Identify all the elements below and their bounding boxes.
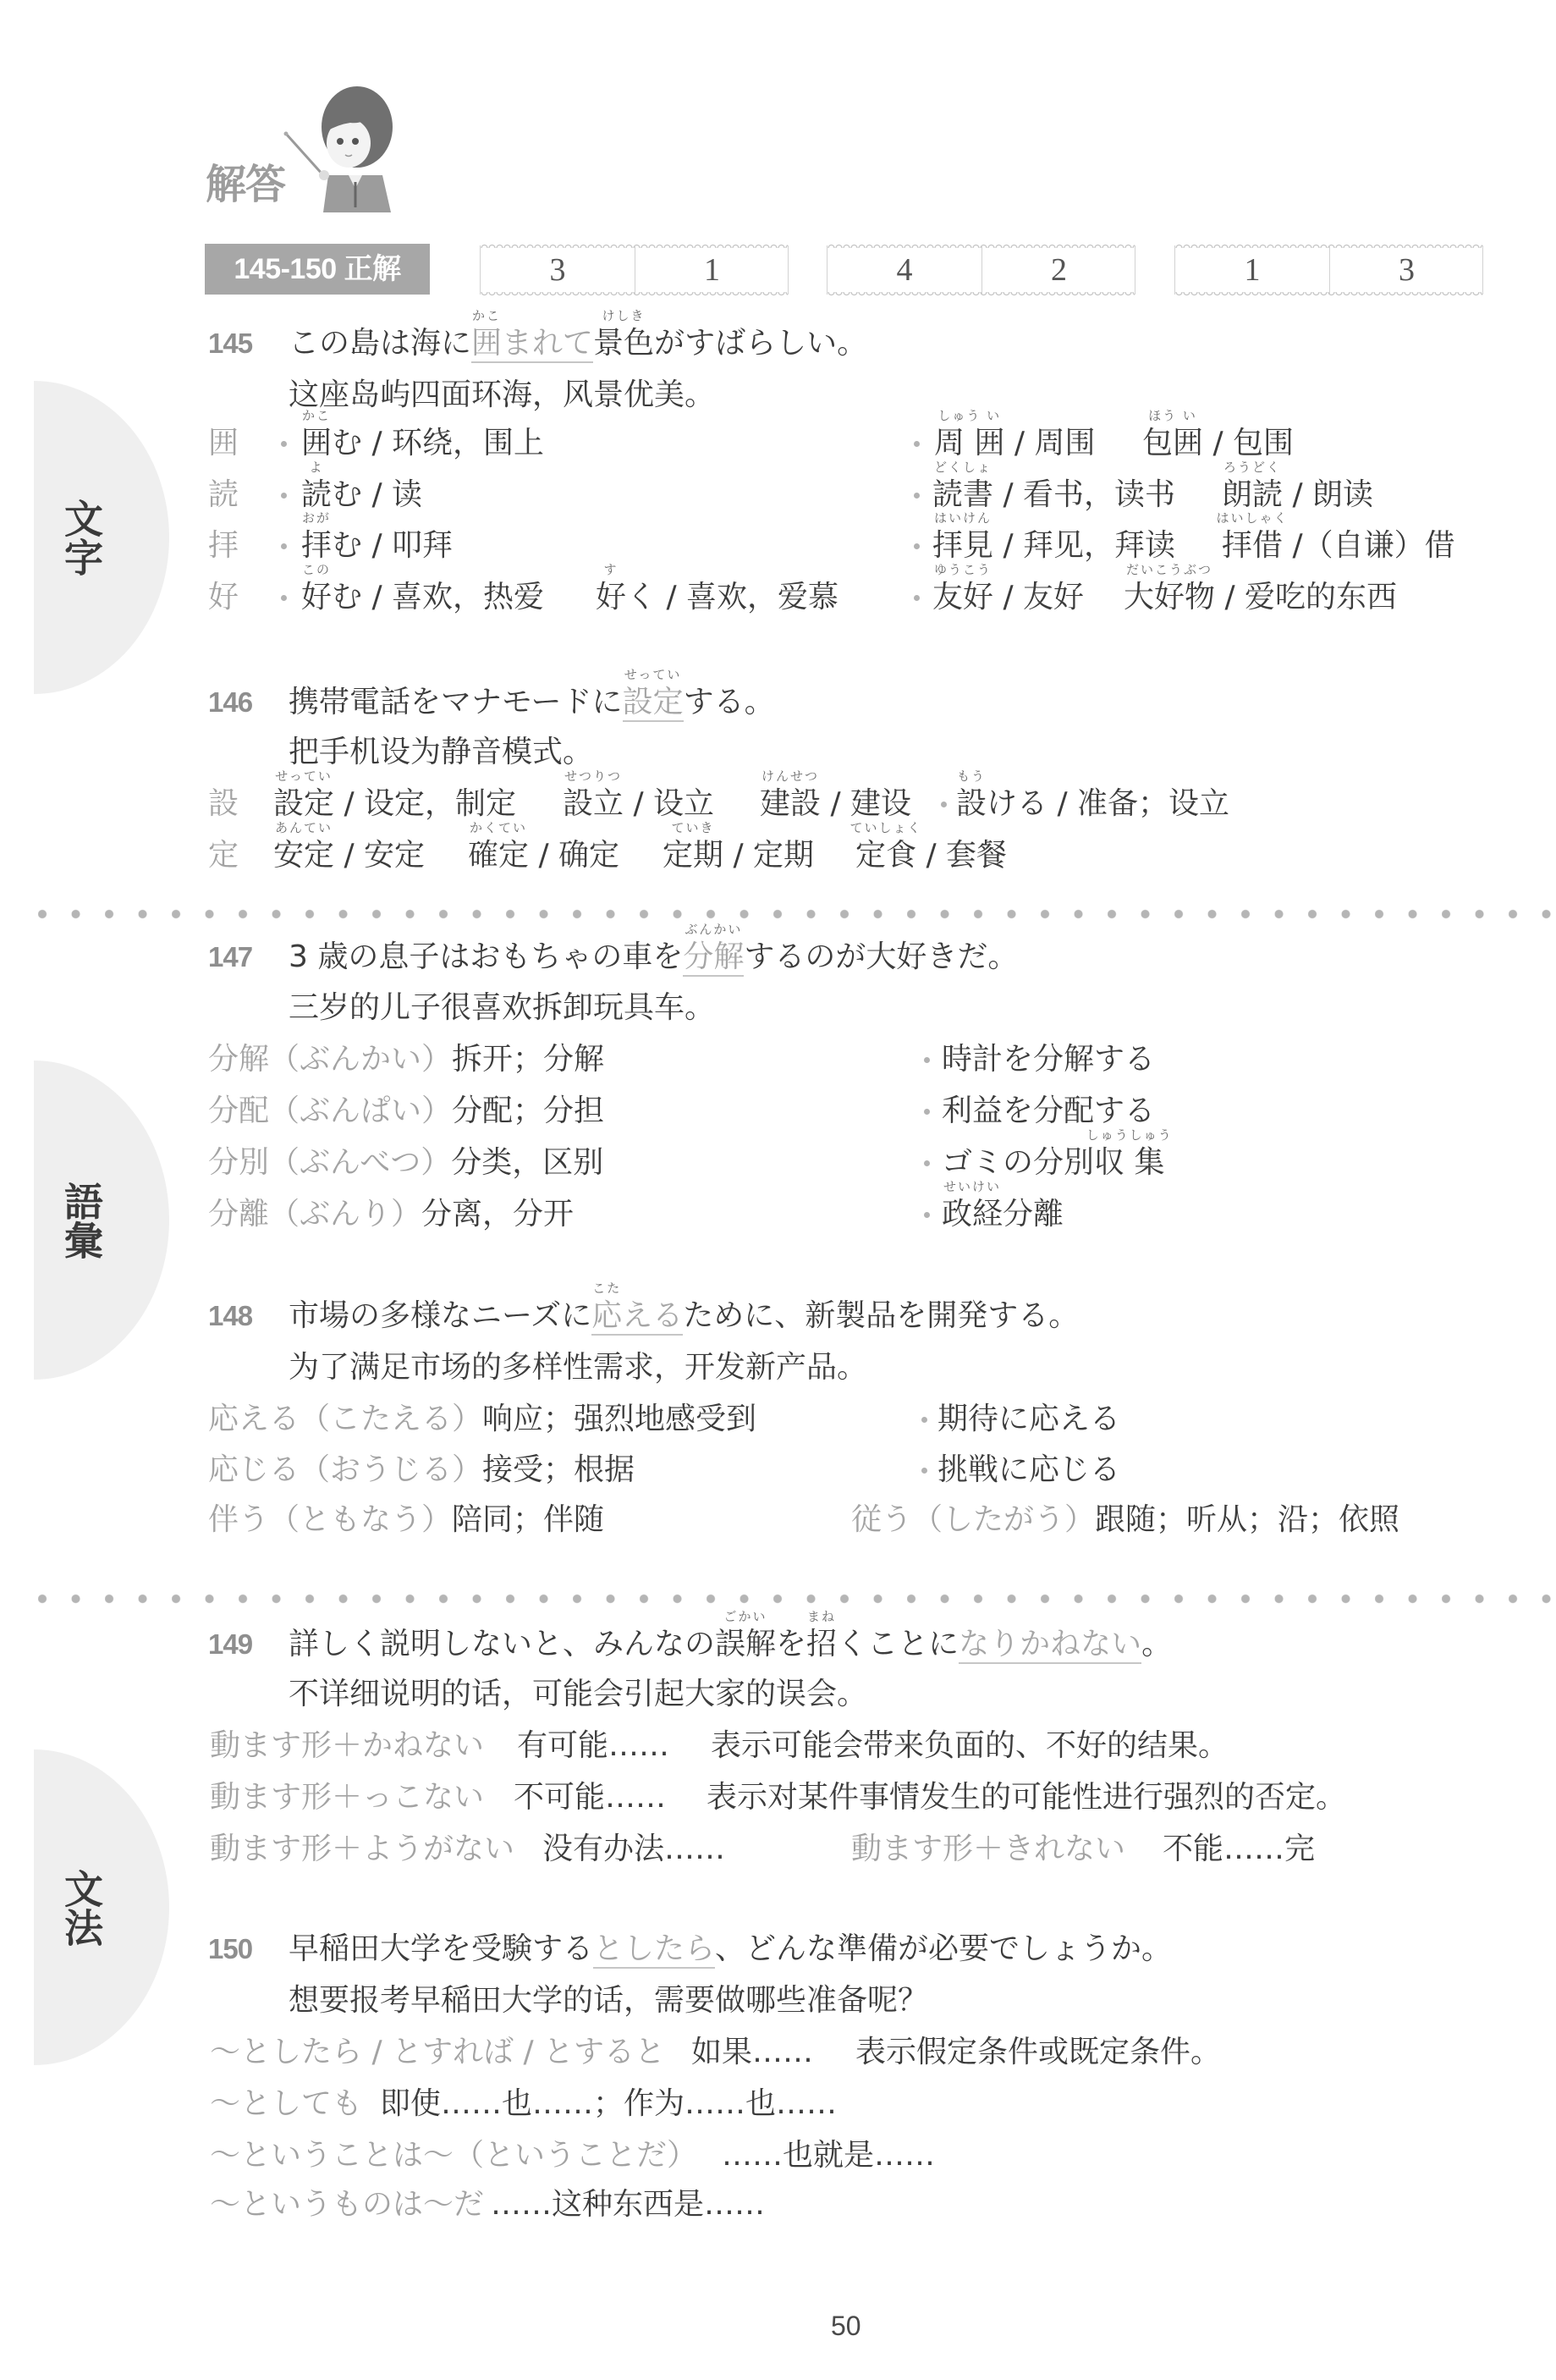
question-145-translation: 这座岛屿四面环海，风景优美。 — [0, 378, 1556, 412]
grammar-row: 動ます形＋かねない 有可能…… 表示可能会带来负面的、不好的结果。 — [0, 1729, 1556, 1763]
bullet-icon — [921, 1417, 927, 1423]
question-150-sentence: 150早稲田大学を受験するとしたら、どんな準備が必要でしょうか。 — [0, 1932, 1556, 1966]
kanji-row: 囲 囲かこむ / 环绕，围上 周 囲しゅう い / 周围 包囲ほう い / 包围 — [0, 427, 1556, 460]
grammar-meaning: ……这种东西是…… — [491, 2188, 765, 2222]
sentence: 145この島は海に囲かこまれて景色けしきがすばらしい。 — [208, 327, 867, 361]
ruby: 読書どくしょ — [932, 478, 993, 512]
ruby-text: しゅうしゅう — [1069, 1128, 1190, 1142]
bullet-icon — [914, 493, 920, 499]
vocab-word: 応える — [208, 1402, 300, 1436]
vocab-row: 分配（ぶんぱい）分配；分担 利益を分配する — [0, 1094, 1556, 1128]
ruby: 設定せってい — [273, 787, 334, 821]
sentence-text: 携帯電話をマナモードに — [289, 685, 623, 719]
target-rest: まれて — [502, 326, 593, 361]
question-number: 147 — [208, 940, 289, 974]
vocab-item: 好このむ / 喜欢，热爱 — [301, 581, 544, 614]
ruby-text: よ — [276, 460, 357, 474]
sentence: 1473 歳の息子はおもちゃの車を分解ぶんかいするのが大好きだ。 — [208, 940, 1018, 974]
sentence: 148市場の多様なニーズに応こたえるために、新製品を開発する。 — [208, 1299, 1079, 1333]
example-text: 分離 — [1003, 1197, 1064, 1231]
sentence-text: 詳しく説明しないと、みんなの — [289, 1627, 715, 1661]
ruby: 収 集しゅうしゅう — [1094, 1146, 1164, 1180]
vocab-entry: 分配（ぶんぱい）分配；分担 — [208, 1094, 604, 1128]
ruby-base: 確定 — [468, 838, 529, 873]
translation: 为了满足市场的多样性需求，开发新产品。 — [289, 1351, 867, 1385]
vocab-row: 分別（ぶんべつ）分类，区别 ゴミの分別収 集しゅうしゅう — [0, 1146, 1556, 1180]
question-number: 145 — [208, 327, 289, 361]
ruby-base: 招 — [806, 1627, 837, 1661]
vocab-meaning: 陪同；伴随 — [452, 1502, 604, 1537]
bullet-icon — [281, 595, 287, 601]
vocab-rest: む / 环绕，围上 — [332, 426, 544, 460]
ruby: 定期ていき — [663, 839, 723, 873]
translation: 这座岛屿四面环海，风景优美。 — [289, 378, 715, 412]
ruby-base: 設 — [956, 786, 987, 821]
ruby-text: かこ — [276, 409, 357, 422]
question-148-sentence: 148市場の多様なニーズに応こたえるために、新製品を開発する。 — [0, 1299, 1556, 1333]
ruby: 周 囲しゅう い — [934, 427, 1004, 460]
vocab-reading: （ぶんり） — [269, 1197, 421, 1231]
example-phrase: 政経せいけい分離 — [942, 1198, 1064, 1231]
ruby-base: 好 — [596, 580, 626, 614]
sentence: 146携帯電話をマナモードに設定せっていする。 — [208, 686, 775, 719]
ruby: 政経せいけい — [942, 1198, 1003, 1231]
vocab-word: 分解 — [208, 1042, 269, 1077]
vocab-rest: / 定期 — [723, 838, 814, 873]
vocab-rest: ける / 准备；设立 — [987, 786, 1229, 821]
grammar-pattern: 〜というものは〜だ — [210, 2188, 484, 2222]
sentence-text: 。 — [1141, 1627, 1172, 1661]
ruby-base: 誤解 — [715, 1627, 776, 1661]
ruby: 確定かくてい — [468, 839, 529, 873]
ruby-base: 設定 — [623, 685, 684, 719]
target-word: 応こたえる — [591, 1298, 683, 1336]
vocab-rest: / 看书，读书 — [993, 477, 1175, 512]
ruby-base: 安定 — [273, 838, 334, 873]
example-phrase: 利益を分配する — [942, 1094, 1155, 1128]
kanji-head: 読 — [208, 478, 239, 512]
example-text: ゴミの分別 — [942, 1145, 1094, 1180]
ruby-base: 囲 — [301, 426, 332, 460]
vocab-entry: 応える（こたえる）响应；强烈地感受到 — [208, 1402, 756, 1436]
ruby-text: どくしょ — [907, 460, 1019, 474]
sentence-text: を — [776, 1627, 806, 1661]
translation: 想要报考早稲田大学的话，需要做哪些准备呢？ — [289, 1984, 928, 2018]
ruby: 誤解ごかい — [715, 1628, 776, 1661]
question-146-translation: 把手机设为静音模式。 — [0, 735, 1556, 769]
vocab-meaning: 分配；分担 — [452, 1094, 604, 1128]
ruby-text: けんせつ — [734, 769, 846, 783]
ruby-text: ほう い — [1117, 409, 1229, 422]
bullet-icon — [924, 1160, 930, 1166]
grammar-note: 表示假定条件或既定条件。 — [855, 2036, 1221, 2069]
question-147-sentence: 1473 歳の息子はおもちゃの車を分解ぶんかいするのが大好きだ。 — [0, 940, 1556, 974]
vocab-rest: / 包围 — [1203, 426, 1294, 460]
ruby-base: 政経 — [942, 1197, 1003, 1231]
ruby: 囲かこ — [301, 427, 332, 460]
bullet-icon — [941, 802, 947, 807]
sentence-text: 、どんな準備が必要でしょうか。 — [715, 1931, 1172, 1966]
vocab-entry: 従う（したがう）跟随；听从；沿；依照 — [851, 1503, 1399, 1537]
ruby-text: こた — [566, 1281, 647, 1295]
ruby: 拝借はいしゃく — [1222, 529, 1283, 563]
question-150-translation: 想要报考早稲田大学的话，需要做哪些准备呢？ — [0, 1984, 1556, 2018]
ruby-text: まね — [781, 1610, 862, 1623]
bullet-icon — [914, 595, 920, 601]
vocab-rest: / 友好 — [993, 580, 1084, 614]
kanji-head: 拝 — [208, 529, 239, 563]
vocab-rest: む / 喜欢，热爱 — [332, 580, 544, 614]
vocab-meaning: 跟随；听从；沿；依照 — [1095, 1502, 1399, 1537]
kanji-row: 好 好このむ / 喜欢，热爱 好すく / 喜欢，爱慕 友好ゆうこう / 友好 大… — [0, 581, 1556, 614]
question-number: 149 — [208, 1628, 289, 1661]
example-phrase: 挑戦に応じる — [937, 1453, 1120, 1487]
sentence-text: くことに — [837, 1627, 959, 1661]
ruby: 設立せつりつ — [563, 787, 624, 821]
vocab-rest: / 爱吃的东西 — [1215, 580, 1397, 614]
ruby-text: かくてい — [443, 821, 554, 835]
vocab-item: 周 囲しゅう い / 周围 — [934, 427, 1095, 460]
translation: 把手机设为静音模式。 — [289, 735, 593, 769]
kanji-row: 拝 拝おがむ / 叩拜 拝見はいけん / 拜见，拜读 拝借はいしゃく /（自谦）… — [0, 529, 1556, 563]
vocab-meaning: 拆开；分解 — [452, 1042, 604, 1077]
ruby: 囲かこ — [471, 327, 502, 361]
ruby-base: 定期 — [663, 838, 723, 873]
bullet-icon — [281, 493, 287, 499]
ruby-text: はいしゃく — [1196, 511, 1308, 525]
target-word: なりかねない — [959, 1627, 1141, 1664]
vocab-reading: （こたえる） — [300, 1402, 482, 1436]
page: 解答 145-150 正解 3 1 4 2 1 3 文字 語彙 文法 145この… — [0, 0, 1556, 2380]
ruby-base: 応 — [591, 1298, 622, 1333]
translation: 三岁的儿子很喜欢拆卸玩具车。 — [289, 991, 715, 1025]
vocab-entry: 伴う（ともなう）陪同；伴随 — [208, 1503, 604, 1537]
kanji-head: 設 — [208, 787, 239, 821]
grammar-meaning: ……也就是…… — [722, 2139, 935, 2173]
vocab-entry: 分解（ぶんかい）拆开；分解 — [208, 1043, 604, 1077]
target-word: 囲かこまれて — [471, 326, 593, 363]
kanji-head: 定 — [208, 839, 239, 873]
vocab-reading: （ぶんぱい） — [269, 1094, 452, 1128]
ruby-base: 囲 — [471, 326, 502, 361]
vocab-reading: （ぶんべつ） — [269, 1145, 451, 1180]
dotted-divider — [38, 1594, 1556, 1604]
vocab-rest: / 周围 — [1004, 426, 1095, 460]
ruby-text: しゅう い — [909, 409, 1030, 422]
vocab-reading: （ぶんかい） — [269, 1042, 452, 1077]
sentence: 149詳しく説明しないと、みんなの誤解ごかいを招まねくことになりかねない。 — [208, 1628, 1172, 1661]
vocab-rest: / 拜见，拜读 — [993, 528, 1175, 563]
ruby-text: ぶんかい — [657, 923, 769, 936]
vocab-row: 応じる（おうじる）接受；根据 挑戦に応じる — [0, 1453, 1556, 1487]
answer-145: 3 — [481, 245, 635, 295]
ruby-text: あんてい — [248, 821, 360, 835]
grammar-pattern: 動ます形＋っこない — [210, 1781, 484, 1815]
ruby-text: ていしょく — [830, 821, 942, 835]
grammar-meaning: 没有办法…… — [542, 1832, 725, 1866]
ruby: 友好ゆうこう — [932, 581, 993, 614]
example-phrase: 時計を分解する — [942, 1043, 1155, 1077]
ruby-text: かこ — [446, 309, 527, 322]
grammar-pattern: 動ます形＋きれない — [851, 1832, 1125, 1866]
ruby: 景色けしき — [593, 327, 654, 361]
bullet-icon — [914, 543, 920, 549]
bullet-icon — [921, 1468, 927, 1474]
vocab-rest: / 朗读 — [1283, 477, 1373, 512]
ruby: 好す — [596, 581, 626, 614]
ruby: 包囲ほう い — [1142, 427, 1203, 460]
translation: 不详细说明的话，可能会引起大家的误会。 — [289, 1678, 867, 1711]
vocab-item: 設立せつりつ / 设立 — [563, 787, 714, 821]
answer-group-145-146: 3 1 — [480, 245, 789, 295]
vocab-word: 従う — [851, 1502, 912, 1537]
ruby-base: 周 囲 — [934, 426, 1004, 460]
vocab-rest: / 设立 — [624, 786, 714, 821]
grammar-row: 〜としても 即使……也……；作为……也…… — [0, 2087, 1556, 2121]
ruby-text: けしき — [568, 309, 679, 322]
target-word: 設定せってい — [623, 685, 684, 722]
vocab-meaning: 接受；根据 — [482, 1452, 635, 1487]
vocab-item: 拝見はいけん / 拜见，拜读 — [932, 529, 1175, 563]
grammar-pattern: 〜としたら / とすれば / とすると — [210, 2036, 665, 2069]
vocab-item: 囲かこむ / 环绕，围上 — [301, 427, 544, 460]
grammar-pattern: 動ます形＋かねない — [210, 1729, 484, 1763]
sentence-text: 早稲田大学を受験する — [289, 1931, 593, 1966]
ruby-text: おが — [276, 511, 357, 525]
vocab-item: 大好物だいこうぶつ / 爱吃的东西 — [1124, 581, 1397, 614]
answer-147: 4 — [827, 245, 981, 295]
ruby-text: もう — [931, 769, 1012, 783]
answer-149: 1 — [1175, 245, 1329, 295]
grammar-note: 表示可能会带来负面的、不好的结果。 — [711, 1729, 1229, 1763]
vocab-item: 建設けんせつ / 建设 — [760, 787, 911, 821]
vocab-item: 包囲ほう い / 包围 — [1142, 427, 1294, 460]
answer-range-label: 145-150 正解 — [205, 244, 430, 295]
bullet-icon — [914, 441, 920, 447]
vocab-row: 分解（ぶんかい）拆开；分解 時計を分解する — [0, 1043, 1556, 1077]
page-title: 解答 — [206, 161, 285, 208]
ruby: 読よ — [301, 478, 332, 512]
teacher-mascot-icon — [279, 80, 398, 216]
grammar-row: 〜としたら / とすれば / とすると 如果…… 表示假定条件或既定条件。 — [0, 2036, 1556, 2069]
vocab-item: 安定あんてい / 安定 — [273, 839, 425, 873]
vocab-item: 読書どくしょ / 看书，读书 — [932, 478, 1175, 512]
ruby-text: ていき — [637, 821, 749, 835]
grammar-meaning: 有可能…… — [517, 1729, 669, 1763]
question-149-sentence: 149詳しく説明しないと、みんなの誤解ごかいを招まねくことになりかねない。 — [0, 1628, 1556, 1661]
ruby: 分解ぶんかい — [683, 940, 744, 974]
vocab-meaning: 分离，分开 — [421, 1197, 574, 1231]
question-number: 148 — [208, 1299, 289, 1333]
vocab-rest: / 套餐 — [916, 838, 1007, 873]
vocab-word: 分別 — [208, 1145, 269, 1180]
target-word: としたら — [593, 1931, 715, 1969]
vocab-item: 友好ゆうこう / 友好 — [932, 581, 1084, 614]
vocab-meaning: 响应；强烈地感受到 — [482, 1402, 756, 1436]
ruby-base: 朗読 — [1222, 477, 1283, 512]
grammar-pattern: 動ます形＋ようがない — [210, 1832, 514, 1866]
ruby: 応こた — [591, 1299, 622, 1333]
question-149-translation: 不详细说明的话，可能会引起大家的误会。 — [0, 1678, 1556, 1711]
answer-group-147-148: 4 2 — [827, 245, 1135, 295]
ruby-base: 設定 — [273, 786, 334, 821]
vocab-item: 設もうける / 准备；设立 — [956, 787, 1229, 821]
grammar-row: 〜というものは〜だ ……这种东西是…… — [0, 2188, 1556, 2222]
question-number: 146 — [208, 686, 289, 719]
vocab-rest: く / 喜欢，爱慕 — [626, 580, 838, 614]
vocab-row: 分離（ぶんり）分离，分开 政経せいけい分離 — [0, 1198, 1556, 1231]
question-146-sentence: 146携帯電話をマナモードに設定せっていする。 — [0, 686, 1556, 719]
sentence: 150早稲田大学を受験するとしたら、どんな準備が必要でしょうか。 — [208, 1932, 1172, 1966]
bullet-icon — [924, 1057, 930, 1063]
vocab-row: 伴う（ともなう）陪同；伴随 従う（したがう）跟随；听从；沿；依照 — [0, 1503, 1556, 1537]
vocab-word: 伴う — [208, 1502, 269, 1537]
ruby-text: ゆうこう — [907, 563, 1019, 576]
ruby: 設定せってい — [623, 686, 684, 719]
grammar-meaning: 不能……完 — [1163, 1832, 1315, 1866]
ruby: 朗読ろうどく — [1222, 478, 1283, 512]
ruby-base: 好 — [301, 580, 332, 614]
sentence-text: この島は海に — [289, 326, 471, 361]
vocab-row: 応える（こたえる）响应；强烈地感受到 期待に応える — [0, 1402, 1556, 1436]
kanji-row: 設 設定せってい / 设定，制定 設立せつりつ / 设立 建設けんせつ / 建设… — [0, 787, 1556, 821]
grammar-row: 〜ということは〜（ということだ） ……也就是…… — [0, 2139, 1556, 2173]
vocab-item: 朗読ろうどく / 朗读 — [1222, 478, 1373, 512]
target-rest: える — [622, 1298, 683, 1333]
ruby-base: 包囲 — [1142, 426, 1203, 460]
grammar-row: 動ます形＋っこない 不可能…… 表示对某件事情发生的可能性进行强烈的否定。 — [0, 1781, 1556, 1815]
vocab-rest: / 建设 — [821, 786, 911, 821]
vocab-item: 設定せってい / 设定，制定 — [273, 787, 516, 821]
dotted-divider — [38, 909, 1556, 919]
ruby-text: だいこうぶつ — [1098, 563, 1240, 576]
sentence-text: ために、新製品を開発する。 — [683, 1298, 1079, 1333]
sentence-text: 3 歳の息子はおもちゃの車を — [289, 939, 683, 974]
bullet-icon — [281, 543, 287, 549]
ruby-text: ろうどく — [1196, 460, 1308, 474]
sentence-text: がすばらしい。 — [654, 326, 867, 361]
vocab-rest: / 确定 — [529, 838, 619, 873]
ruby-base: 大好物 — [1124, 580, 1215, 614]
question-147-translation: 三岁的儿子很喜欢拆卸玩具车。 — [0, 991, 1556, 1025]
grammar-meaning: 不可能…… — [514, 1781, 666, 1815]
ruby: 好この — [301, 581, 332, 614]
grammar-note: 表示对某件事情发生的可能性进行强烈的否定。 — [707, 1781, 1346, 1815]
ruby-text: せってい — [597, 668, 709, 681]
bullet-icon — [924, 1109, 930, 1115]
vocab-item: 確定かくてい / 确定 — [468, 839, 619, 873]
question-number: 150 — [208, 1932, 289, 1966]
ruby-base: 定食 — [855, 838, 916, 873]
sentence-text: するのが大好きだ。 — [744, 939, 1018, 974]
ruby-base: 友好 — [932, 580, 993, 614]
kanji-head: 好 — [208, 581, 239, 614]
ruby-base: 拝借 — [1222, 528, 1283, 563]
grammar-pattern: 〜ということは〜（ということだ） — [210, 2139, 697, 2173]
kanji-row: 定 安定あんてい / 安定 確定かくてい / 确定 定期ていき / 定期 定食て… — [0, 839, 1556, 873]
ruby: 拝おが — [301, 529, 332, 563]
ruby: 招まね — [806, 1628, 837, 1661]
sentence-text: する。 — [684, 685, 775, 719]
ruby-base: 拝 — [301, 528, 332, 563]
answer-150: 3 — [1329, 245, 1483, 295]
grammar-pattern: 〜としても — [210, 2087, 362, 2121]
vocab-item: 読よむ / 读 — [301, 478, 422, 512]
vocab-item: 拝借はいしゃく /（自谦）借 — [1222, 529, 1455, 563]
ruby-text: せいけい — [916, 1180, 1028, 1193]
example-phrase: ゴミの分別収 集しゅうしゅう — [942, 1146, 1164, 1180]
vocab-entry: 分離（ぶんり）分离，分开 — [208, 1198, 574, 1231]
grammar-meaning: 即使……也……；作为……也…… — [380, 2087, 837, 2121]
ruby: 拝見はいけん — [932, 529, 993, 563]
vocab-rest: む / 读 — [332, 477, 422, 512]
vocab-item: 定期ていき / 定期 — [663, 839, 814, 873]
ruby-base: 読書 — [932, 477, 993, 512]
question-148-translation: 为了满足市场的多样性需求，开发新产品。 — [0, 1351, 1556, 1385]
ruby-text: この — [276, 563, 357, 576]
vocab-item: 定食ていしょく / 套餐 — [855, 839, 1007, 873]
bullet-icon — [281, 441, 287, 447]
sentence-text: 市場の多様なニーズに — [289, 1298, 591, 1333]
ruby-text: せってい — [248, 769, 360, 783]
ruby-base: 景色 — [593, 326, 654, 361]
page-number: 50 — [831, 2309, 861, 2343]
ruby: 安定あんてい — [273, 839, 334, 873]
bullet-icon — [924, 1212, 930, 1218]
vocab-word: 分離 — [208, 1197, 269, 1231]
ruby-base: 分解 — [683, 939, 744, 974]
target-word: 分解ぶんかい — [683, 939, 744, 977]
ruby-base: 拝見 — [932, 528, 993, 563]
ruby-base: 収 集 — [1094, 1145, 1164, 1180]
kanji-head: 囲 — [208, 427, 239, 460]
ruby-text: はいけん — [907, 511, 1019, 525]
ruby: 建設けんせつ — [760, 787, 821, 821]
vocab-rest: む / 叩拜 — [332, 528, 453, 563]
answer-146: 1 — [635, 245, 789, 295]
question-145-sentence: 145この島は海に囲かこまれて景色けしきがすばらしい。 — [0, 327, 1556, 361]
grammar-row: 動ます形＋ようがない 没有办法…… 動ます形＋きれない 不能……完 — [0, 1832, 1556, 1866]
vocab-entry: 分別（ぶんべつ）分类，区别 — [208, 1146, 603, 1180]
vocab-rest: / 设定，制定 — [334, 786, 516, 821]
vocab-word: 分配 — [208, 1094, 269, 1128]
ruby-base: 読 — [301, 477, 332, 512]
ruby-base: 建設 — [760, 786, 821, 821]
answer-148: 2 — [981, 245, 1135, 295]
vocab-word: 応じる — [208, 1452, 300, 1487]
ruby: 設もう — [956, 787, 987, 821]
ruby-text: せつりつ — [537, 769, 649, 783]
ruby: 定食ていしょく — [855, 839, 916, 873]
ruby: 大好物だいこうぶつ — [1124, 581, 1215, 614]
example-phrase: 期待に応える — [937, 1402, 1120, 1436]
ruby-text: す — [570, 563, 652, 576]
kanji-row: 読 読よむ / 读 読書どくしょ / 看书，读书 朗読ろうどく / 朗读 — [0, 478, 1556, 512]
vocab-reading: （ともなう） — [269, 1502, 452, 1537]
vocab-entry: 応じる（おうじる）接受；根据 — [208, 1453, 635, 1487]
answer-group-149-150: 1 3 — [1174, 245, 1483, 295]
vocab-reading: （おうじる） — [300, 1452, 482, 1487]
vocab-item: 好すく / 喜欢，爱慕 — [596, 581, 838, 614]
ruby-base: 設立 — [563, 786, 624, 821]
vocab-rest: / 安定 — [334, 838, 425, 873]
vocab-rest: /（自谦）借 — [1283, 528, 1455, 563]
vocab-item: 拝おがむ / 叩拜 — [301, 529, 453, 563]
grammar-meaning: 如果…… — [691, 2036, 813, 2069]
vocab-meaning: 分类，区别 — [451, 1145, 603, 1180]
vocab-reading: （したがう） — [912, 1502, 1095, 1537]
